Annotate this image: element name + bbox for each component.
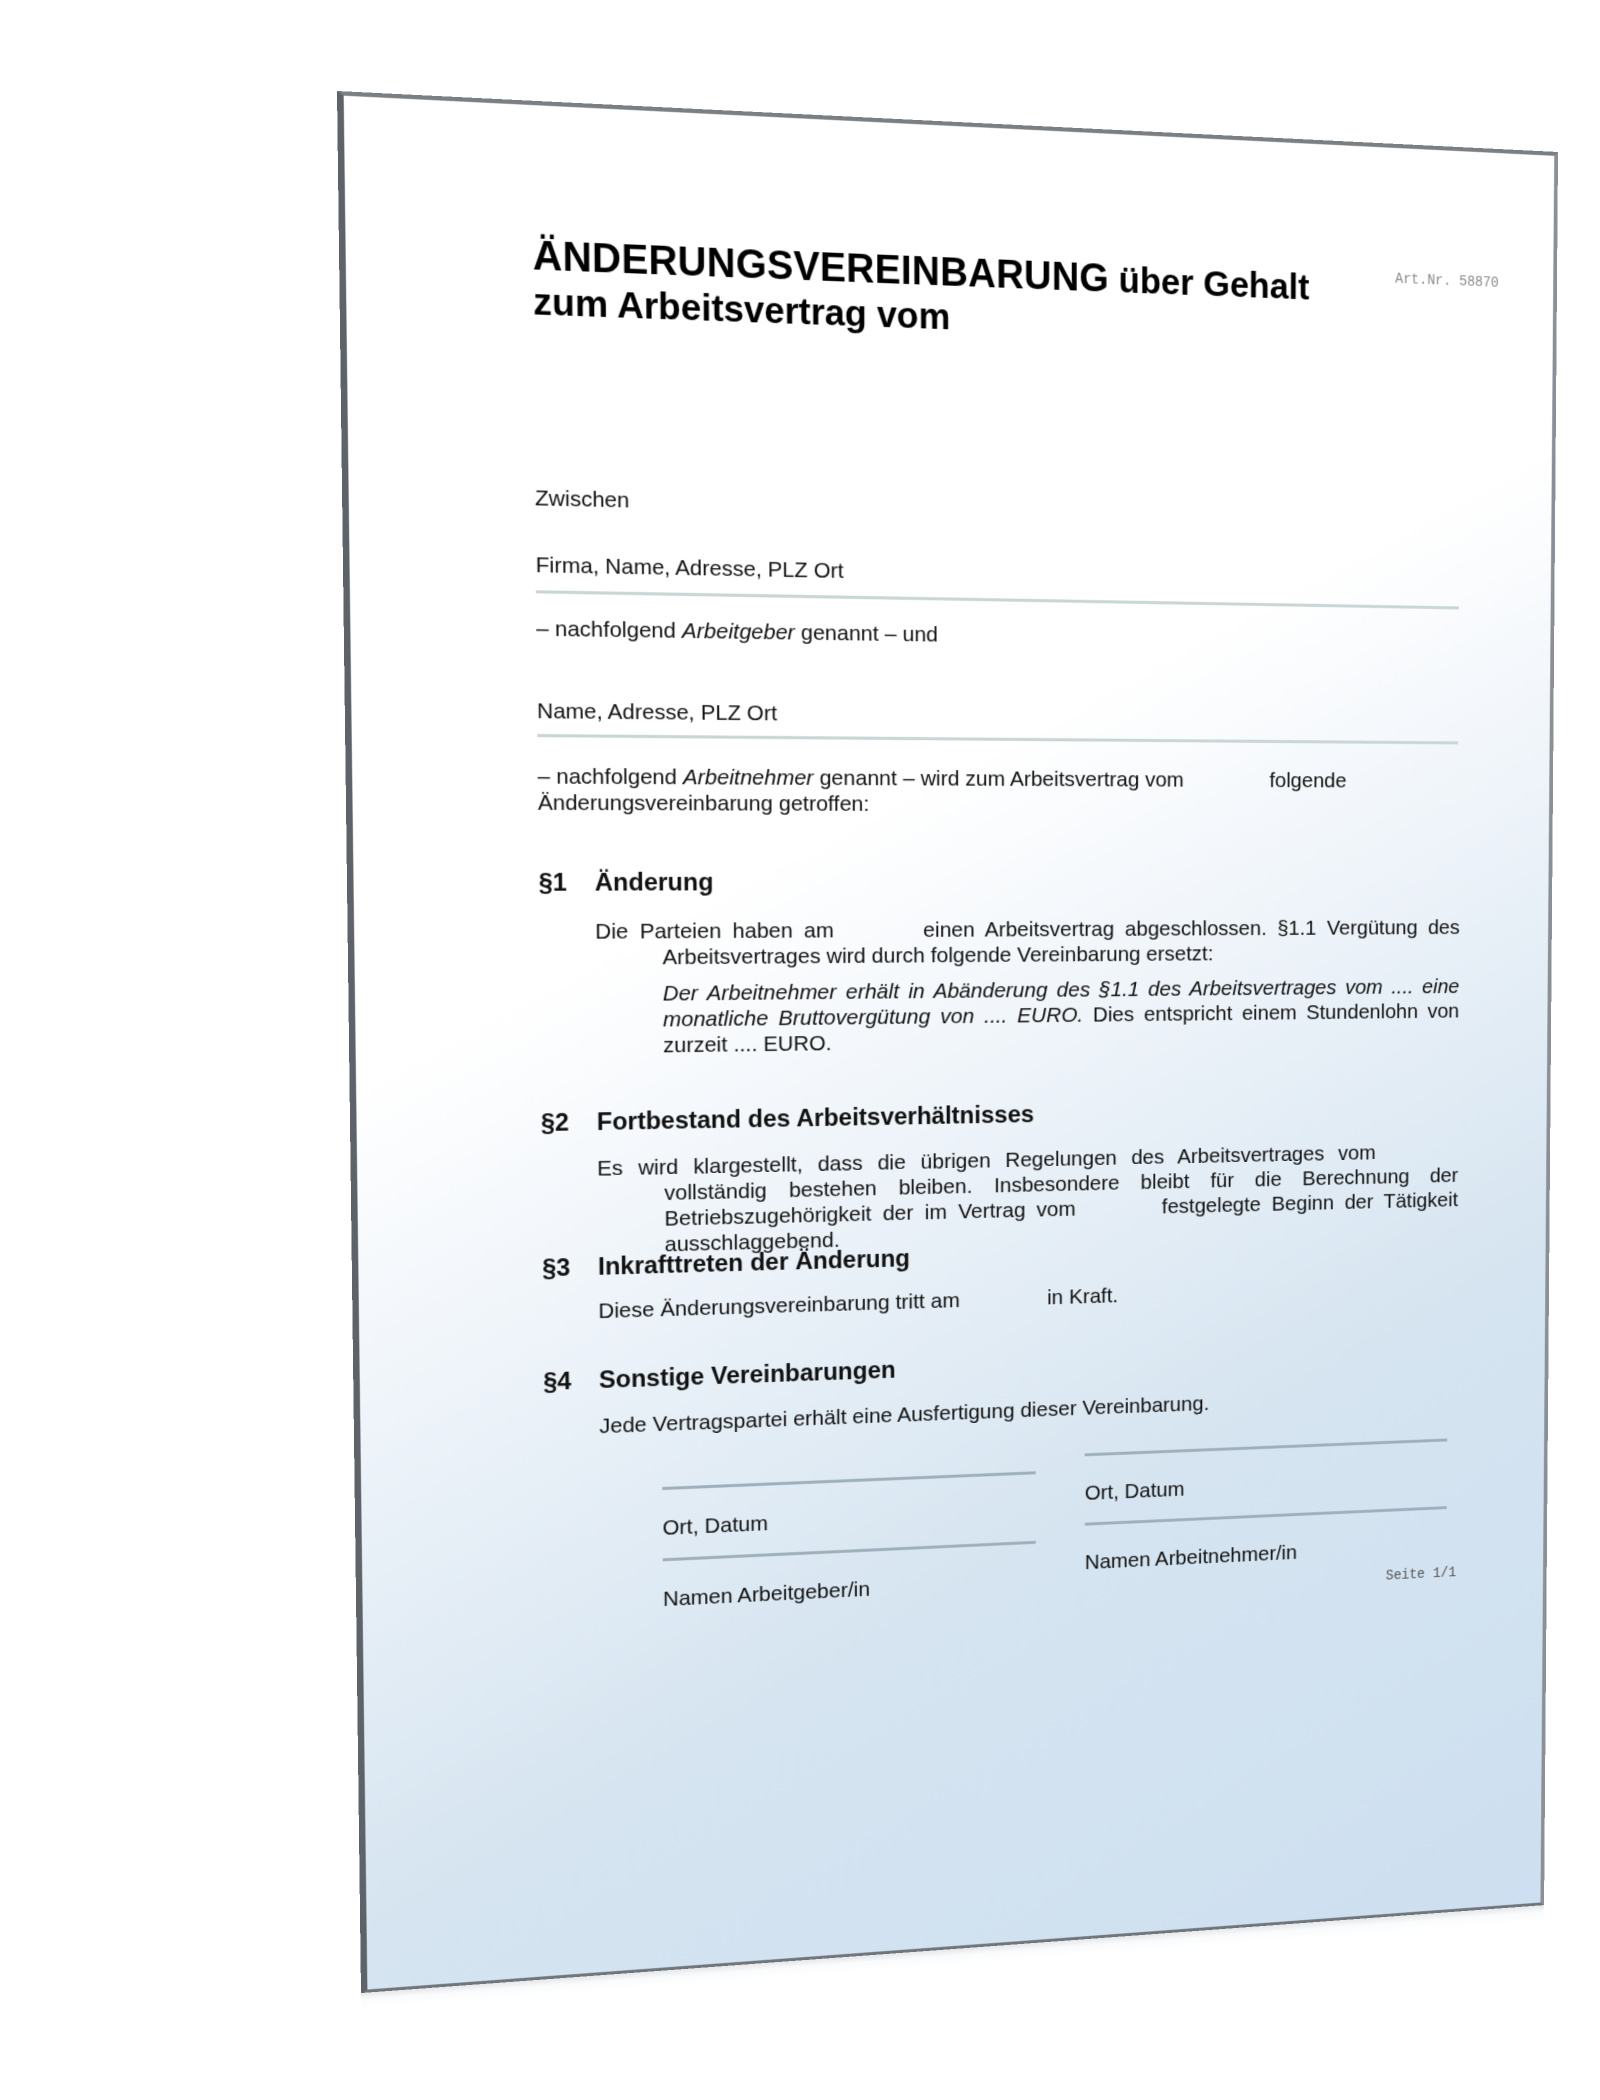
date-gap[interactable] [960, 1304, 1047, 1307]
employee-name-label: Namen Arbeitnehmer/in [1085, 1540, 1297, 1575]
document-page: Art.Nr. 58870 ÄNDERUNGSVEREINBARUNG über… [337, 91, 1558, 1993]
employee-role-text: – nachfolgend Arbeitnehmer genannt – wir… [538, 764, 1458, 819]
employee-place-date-line[interactable] [1085, 1438, 1447, 1456]
employer-name-label: Namen Arbeitgeber/in [663, 1577, 870, 1612]
section-4-number: §4 [543, 1367, 571, 1397]
employer-role-text: – nachfolgend Arbeitgeber genannt – und [536, 616, 938, 648]
date-gap[interactable] [1076, 1213, 1162, 1215]
employee-name-line[interactable] [1085, 1506, 1447, 1526]
employee-field-label: Name, Adresse, PLZ Ort [537, 698, 777, 726]
employer-field-line[interactable] [536, 590, 1459, 609]
date-gap[interactable] [1376, 1157, 1459, 1159]
employee-field-line[interactable] [537, 734, 1458, 744]
section-1-paragraph-2: Der Arbeitnehmer erhält in Abänderung de… [663, 974, 1460, 1058]
between-label: Zwischen [535, 485, 630, 514]
section-1-paragraph-1: Die Parteien haben ameinen Arbeitsvertra… [595, 915, 1460, 971]
section-2-number: §2 [541, 1109, 569, 1139]
section-1-number: §1 [538, 869, 567, 898]
section-1-title: Änderung [595, 869, 714, 898]
section-2-paragraph-1: Es wird klargestellt, dass die übrigen R… [597, 1139, 1458, 1260]
section-4-title: Sonstige Vereinbarungen [599, 1356, 896, 1395]
employer-place-date-line[interactable] [662, 1471, 1036, 1490]
employee-place-date-label: Ort, Datum [1085, 1477, 1185, 1506]
employer-name-line[interactable] [663, 1541, 1036, 1562]
employer-field-label: Firma, Name, Adresse, PLZ Ort [536, 552, 844, 584]
section-3-number: §3 [542, 1254, 570, 1284]
document-preview: Art.Nr. 58870 ÄNDERUNGSVEREINBARUNG über… [0, 0, 1600, 2100]
employer-place-date-label: Ort, Datum [662, 1511, 768, 1541]
section-3-paragraph-1: Diese Änderungsvereinbarung tritt amin K… [598, 1273, 1457, 1324]
document-title: ÄNDERUNGSVEREINBARUNG über Gehalt zum Ar… [533, 234, 1443, 357]
page-indicator: Seite 1/1 [1386, 1565, 1457, 1584]
section-2-title: Fortbestand des Arbeitsverhältnisses [597, 1101, 1034, 1137]
